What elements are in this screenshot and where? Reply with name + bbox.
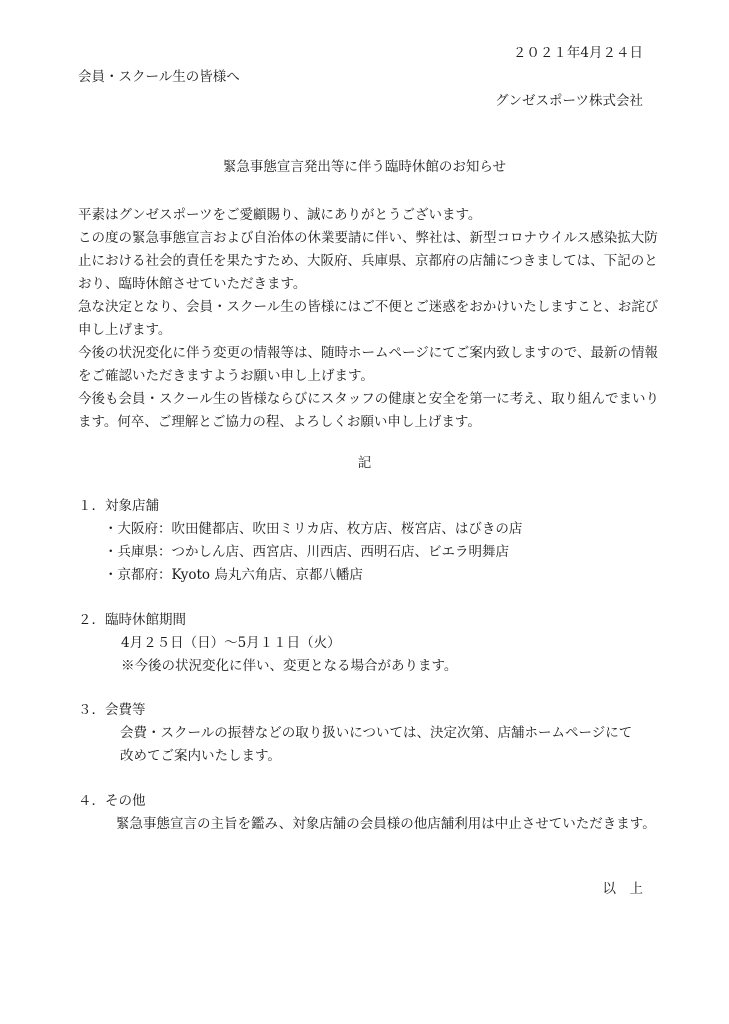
body-line: 急な決定となり、会員・スクール生の皆様にはご不便とご迷惑をおかけいたしますこと、… [78,298,658,316]
store-list-osaka: ・大阪府：吹田健都店、吹田ミリカ店、枚方店、桜宮店、はびきの店 [104,520,522,538]
store-list-kyoto: ・京都府：Kyoto 烏丸六角店、京都八幡店 [104,566,363,584]
ki-heading: 記 [0,454,729,472]
body-line: ます。何卒、ご理解とご協力の程、よろしくお願い申し上げます。 [78,413,481,431]
body-line: をご確認いただきますようお願い申し上げます。 [78,367,374,385]
body-line: 止における社会的責任を果たすため、大阪府、兵庫県、京都府の店舗につきましては、下… [78,252,658,270]
body-line: 申し上げます。 [78,321,171,339]
document-title: 緊急事態宣言発出等に伴う臨時休館のお知らせ [0,158,729,176]
body-line: 平素はグンゼスポーツをご愛顧賜り、誠にありがとうございます。 [78,206,481,224]
closure-dates: 4月２５日（日）～5月１１日（火） [121,634,341,652]
body-line: この度の緊急事態宣言および自治体の休業要請に伴い、弊社は、新型コロナウイルス感染… [78,229,658,247]
store-list-hyogo: ・兵庫県：つかしん店、西宮店、川西店、西明石店、ビエラ明舞店 [104,543,509,561]
sender-company: グンゼスポーツ株式会社 [495,92,643,110]
fees-line: 会費・スクールの振替などの取り扱いについては、決定次第、店舗ホームページにて [120,724,632,742]
section-heading: ２．臨時休館期間 [78,611,186,629]
section-heading: １．対象店舗 [78,497,159,515]
fees-line: 改めてご案内いたします。 [120,747,281,765]
body-line: 今後も会員・スクール生の皆様ならびにスタッフの健康と安全を第一に考え、取り組んで… [78,390,659,408]
other-line: 緊急事態宣言の主旨を鑑み、対象店舗の会員様の他店舗利用は中止させていただきます。 [116,815,656,833]
closing-ijo: 以 上 [603,880,644,898]
closure-note: ※今後の状況変化に伴い、変更となる場合があります。 [121,657,457,675]
recipient-line: 会員・スクール生の皆様へ [78,68,240,86]
section-heading: ４．その他 [78,792,146,810]
body-line: おり、臨時休館させていただきます。 [78,275,306,293]
document-date: ２０２１年4月２４日 [513,44,643,62]
body-line: 今後の状況変化に伴う変更の情報等は、随時ホームページにてご案内致しますので、最新… [78,344,658,362]
section-heading: ３．会費等 [78,701,146,719]
